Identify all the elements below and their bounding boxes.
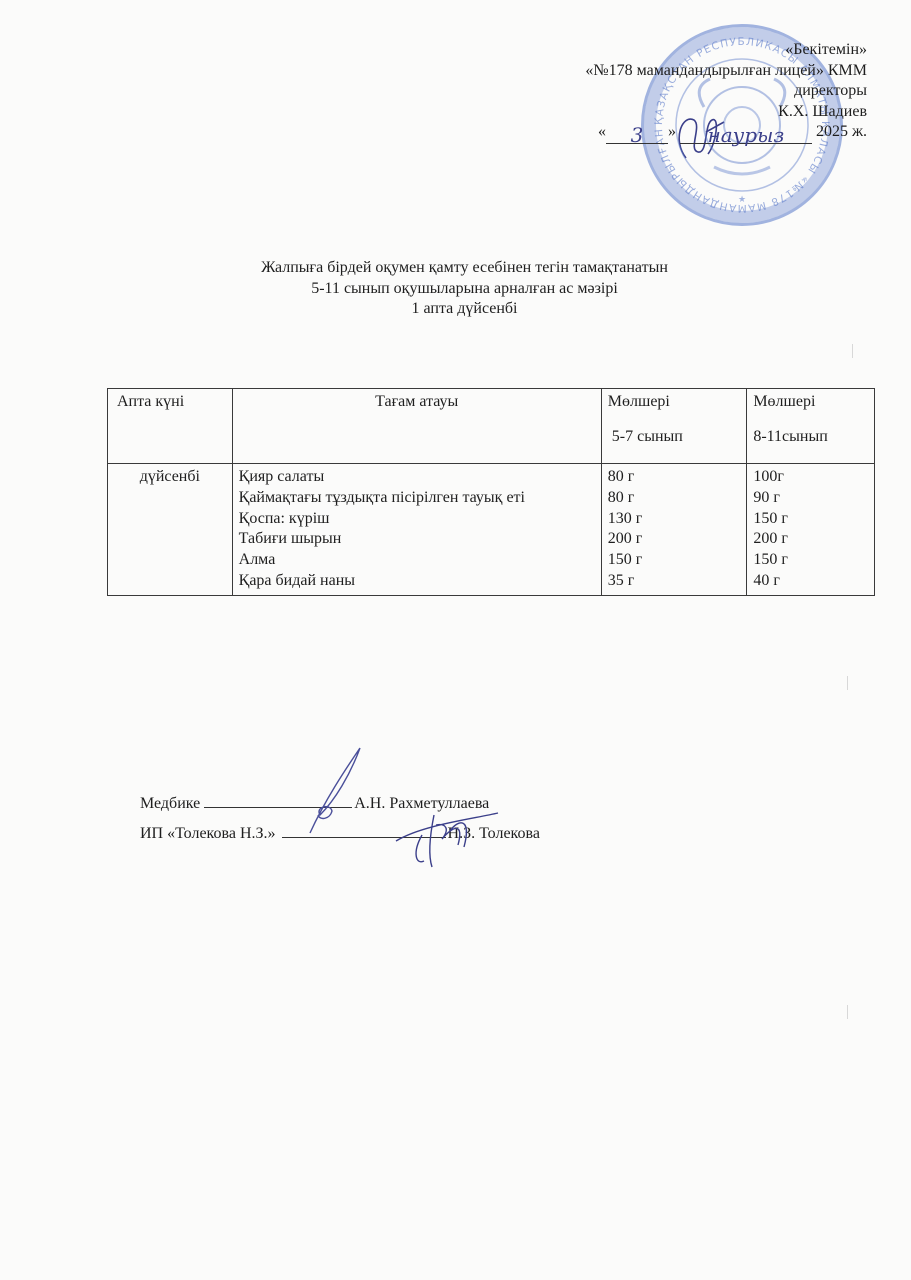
scan-artifact [852,344,853,358]
svg-text:★: ★ [738,194,746,204]
supplier-label: ИП «Толекова Н.З.» [140,825,276,842]
approval-position: директоры [585,81,867,102]
dish-name: Қара бидай наны [239,571,595,592]
dish-name: Қаймақтағы тұздықта пісірілген тауық еті [239,488,595,509]
dish-cell: Қияр салаты Қаймақтағы тұздықта пісірілг… [232,464,601,596]
supplier-name: Н.З. Толекова [448,825,540,842]
day-cell: дүйсенбі [108,464,233,596]
quantity-value: 100г [753,467,868,488]
approval-block: «Бекітемін» «№178 мамандандырылған лицей… [585,40,867,144]
supplier-signature-row: ИП «Толекова Н.З.»Н.З. Толекова [140,823,540,853]
quantity-value: 150 г [608,550,741,571]
quantity-value: 200 г [608,529,741,550]
menu-table: Апта күні Тағам атауы Мөлшері 5-7 сынып … [107,388,875,596]
quantity-value: 90 г [753,488,868,509]
dish-name: Табиғи шырын [239,529,595,550]
nurse-signature-row: МедбикеА.Н. Рахметуллаева [140,793,540,823]
quantity-value: 80 г [608,488,741,509]
approval-heading: «Бекітемін» [585,40,867,61]
nurse-label: Медбике [140,795,200,812]
quantity-value: 150 г [753,509,868,530]
quantity-value: 150 г [753,550,868,571]
dish-name: Алма [239,550,595,571]
approval-organization: «№178 мамандандырылған лицей» КММ [585,61,867,82]
title-line-1: Жалпыға бірдей оқумен қамту есебінен тег… [18,258,911,279]
nurse-signature-line [204,793,352,808]
approval-director-name: К.Х. Шадиев [585,102,867,123]
date-month-field: наурыз [680,122,812,144]
dish-name: Қияр салаты [239,467,595,488]
quantity-value: 200 г [753,529,868,550]
table-row: дүйсенбі Қияр салаты Қаймақтағы тұздықта… [108,464,875,596]
supplier-signature-line [282,823,446,838]
table-header-row: Апта күні Тағам атауы Мөлшері 5-7 сынып … [108,389,875,464]
nurse-name: А.Н. Рахметуллаева [354,795,489,812]
document-title: Жалпыға бірдей оқумен қамту есебінен тег… [0,258,911,320]
signatures-block: МедбикеА.Н. Рахметуллаева ИП «Толекова Н… [140,793,540,853]
header-quantity-5-7: Мөлшері 5-7 сынып [601,389,747,464]
quantity-5-7-cell: 80 г 80 г 130 г 200 г 150 г 35 г [601,464,747,596]
header-dish: Тағам атауы [232,389,601,464]
quantity-value: 130 г [608,509,741,530]
quantity-value: 80 г [608,467,741,488]
date-day-field: 3 [606,122,668,144]
dish-name: Қоспа: күріш [239,509,595,530]
header-quantity-8-11: Мөлшері 8-11сынып [747,389,875,464]
header-day: Апта күні [108,389,233,464]
title-line-3: 1 апта дүйсенбі [18,299,911,320]
quantity-8-11-cell: 100г 90 г 150 г 200 г 150 г 40 г [747,464,875,596]
scan-artifact [847,1005,848,1019]
quantity-value: 35 г [608,571,741,592]
title-line-2: 5-11 сынып оқушыларына арналған ас мәзір… [18,279,911,300]
scan-artifact [847,676,848,690]
quantity-value: 40 г [753,571,868,592]
approval-date: « 3» наурыз 2025 ж. [585,122,867,144]
